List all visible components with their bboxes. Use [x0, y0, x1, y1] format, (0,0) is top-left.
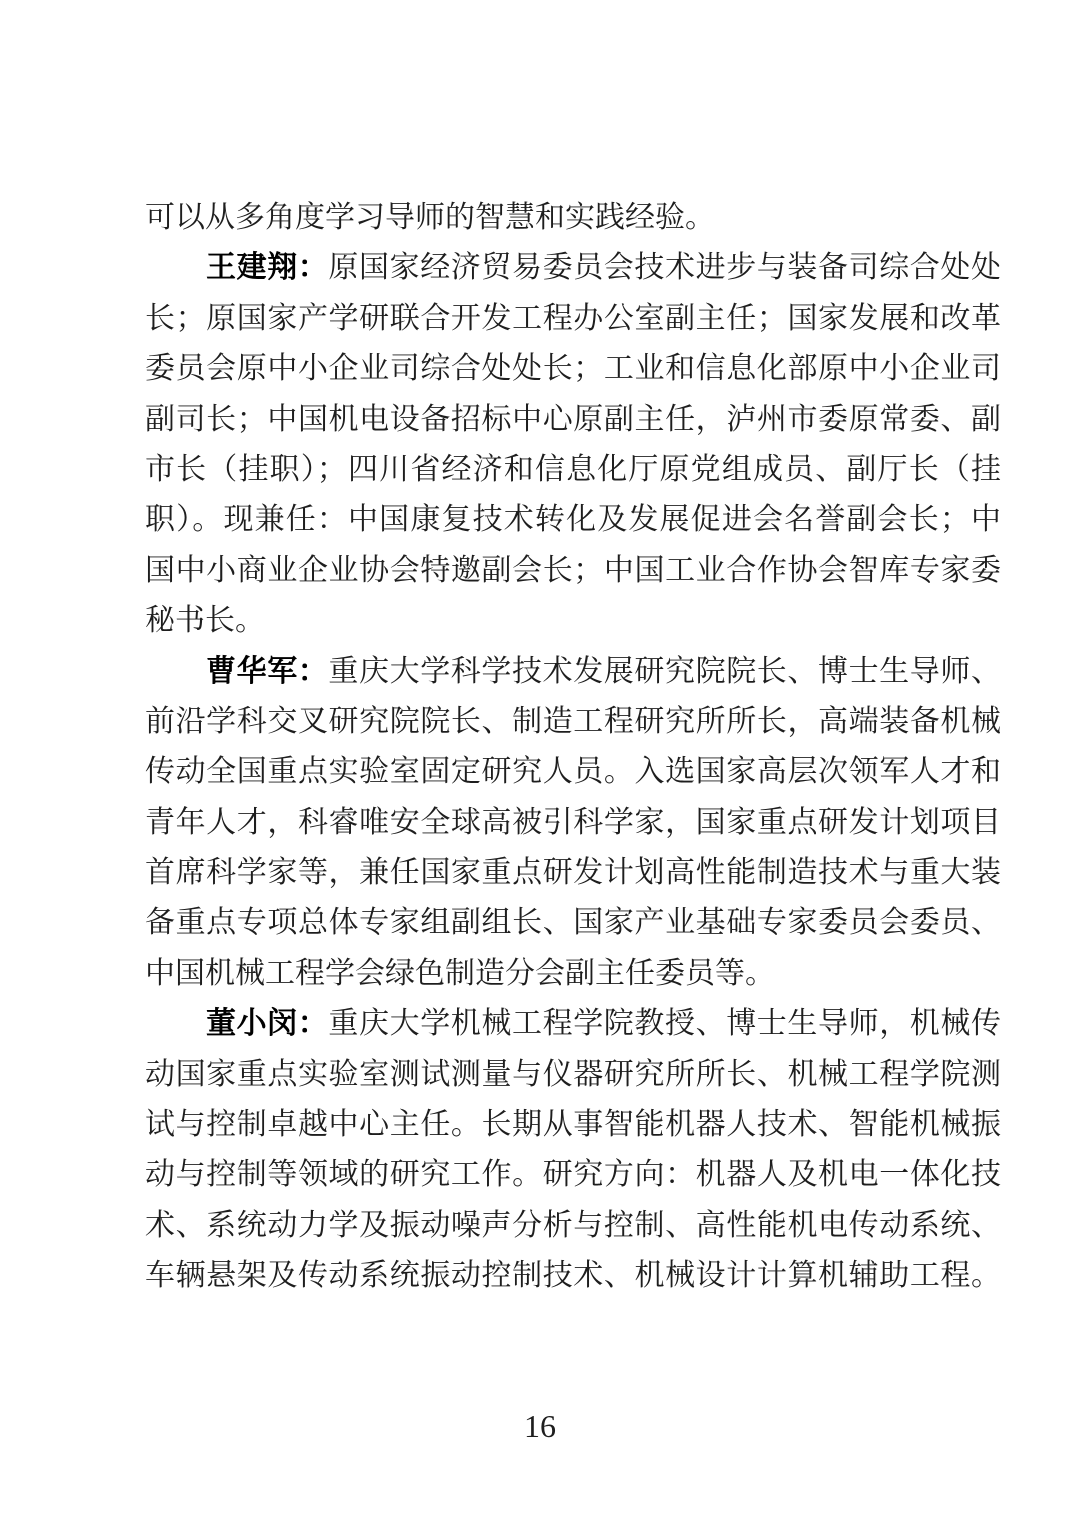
- line-text: 传动全国重点实验室固定研究人员。入选国家高层次领军人才和: [145, 755, 1001, 788]
- line-text: 备重点专项总体专家组副组长、国家产业基础专家委员会委员、: [145, 906, 1001, 939]
- text-line-13: 首席科学家等，兼任国家重点研发计划高性能制造技术与重大装: [145, 848, 1001, 898]
- line-text: 秘书长。: [145, 604, 265, 637]
- text-line-1: 王建翔：原国家经济贸易委员会技术进步与装备司综合处处: [145, 243, 1001, 293]
- line-text: 重庆大学科学技术发展研究院院长、博士生导师、: [328, 655, 1001, 688]
- text-line-5: 市长（挂职）；四川省经济和信息化厅原党组成员、副厅长（挂: [145, 445, 1001, 495]
- page-number: 16: [0, 1408, 1080, 1444]
- line-text: 职）。现兼任：中国康复技术转化及发展促进会名誉副会长；中: [145, 503, 1001, 536]
- text-line-3: 委员会原中小企业司综合处处长；工业和信息化部原中小企业司: [145, 344, 1001, 394]
- text-line-0: 可以从多角度学习导师的智慧和实践经验。: [145, 193, 1001, 243]
- line-text: 委员会原中小企业司综合处处长；工业和信息化部原中小企业司: [145, 352, 1001, 385]
- line-text: 中国机械工程学会绿色制造分会副主任委员等。: [145, 957, 775, 990]
- person-name: 曹华军：: [206, 655, 328, 688]
- text-line-18: 试与控制卓越中心主任。长期从事智能机器人技术、智能机械振: [145, 1100, 1001, 1150]
- line-text: 市长（挂职）；四川省经济和信息化厅原党组成员、副厅长（挂: [145, 453, 1001, 486]
- line-text: 副司长；中国机电设备招标中心原副主任，泸州市委原常委、副: [145, 403, 1001, 436]
- text-line-11: 传动全国重点实验室固定研究人员。入选国家高层次领军人才和: [145, 747, 1001, 797]
- line-text: 原国家经济贸易委员会技术进步与装备司综合处处: [328, 251, 1001, 284]
- text-line-17: 动国家重点实验室测试测量与仪器研究所所长、机械工程学院测: [145, 1050, 1001, 1100]
- line-text: 国中小商业企业协会特邀副会长；中国工业合作协会智库专家委: [145, 554, 1001, 587]
- line-text: 动与控制等领域的研究工作。研究方向：机器人及机电一体化技: [145, 1158, 1001, 1191]
- line-text: 青年人才，科睿唯安全球高被引科学家，国家重点研发计划项目: [145, 806, 1001, 839]
- line-text: 术、系统动力学及振动噪声分析与控制、高性能机电传动系统、: [145, 1209, 1001, 1242]
- person-name: 王建翔：: [206, 251, 328, 284]
- document-page: 可以从多角度学习导师的智慧和实践经验。王建翔：原国家经济贸易委员会技术进步与装备…: [0, 0, 1080, 1527]
- text-line-6: 职）。现兼任：中国康复技术转化及发展促进会名誉副会长；中: [145, 495, 1001, 545]
- text-line-16: 董小闵：重庆大学机械工程学院教授、博士生导师，机械传: [145, 999, 1001, 1049]
- text-line-20: 术、系统动力学及振动噪声分析与控制、高性能机电传动系统、: [145, 1201, 1001, 1251]
- text-line-4: 副司长；中国机电设备招标中心原副主任，泸州市委原常委、副: [145, 395, 1001, 445]
- line-text: 首席科学家等，兼任国家重点研发计划高性能制造技术与重大装: [145, 856, 1001, 889]
- line-text: 长；原国家产学研联合开发工程办公室副主任；国家发展和改革: [145, 302, 1001, 335]
- text-line-14: 备重点专项总体专家组副组长、国家产业基础专家委员会委员、: [145, 898, 1001, 948]
- text-line-12: 青年人才，科睿唯安全球高被引科学家，国家重点研发计划项目: [145, 798, 1001, 848]
- text-line-19: 动与控制等领域的研究工作。研究方向：机器人及机电一体化技: [145, 1150, 1001, 1200]
- line-text: 动国家重点实验室测试测量与仪器研究所所长、机械工程学院测: [145, 1058, 1001, 1091]
- line-text: 车辆悬架及传动系统振动控制技术、机械设计计算机辅助工程。: [145, 1259, 1001, 1292]
- text-line-21: 车辆悬架及传动系统振动控制技术、机械设计计算机辅助工程。: [145, 1251, 1001, 1301]
- line-text: 前沿学科交叉研究院院长、制造工程研究所所长，高端装备机械: [145, 705, 1001, 738]
- text-line-9: 曹华军：重庆大学科学技术发展研究院院长、博士生导师、: [145, 647, 1001, 697]
- line-text: 可以从多角度学习导师的智慧和实践经验。: [145, 201, 715, 234]
- text-line-8: 秘书长。: [145, 596, 1001, 646]
- line-text: 试与控制卓越中心主任。长期从事智能机器人技术、智能机械振: [145, 1108, 1001, 1141]
- text-line-15: 中国机械工程学会绿色制造分会副主任委员等。: [145, 949, 1001, 999]
- document-body: 可以从多角度学习导师的智慧和实践经验。王建翔：原国家经济贸易委员会技术进步与装备…: [145, 193, 1001, 1302]
- text-line-7: 国中小商业企业协会特邀副会长；中国工业合作协会智库专家委: [145, 546, 1001, 596]
- person-name: 董小闵：: [206, 1007, 328, 1040]
- text-line-10: 前沿学科交叉研究院院长、制造工程研究所所长，高端装备机械: [145, 697, 1001, 747]
- text-line-2: 长；原国家产学研联合开发工程办公室副主任；国家发展和改革: [145, 294, 1001, 344]
- line-text: 重庆大学机械工程学院教授、博士生导师，机械传: [328, 1007, 1001, 1040]
